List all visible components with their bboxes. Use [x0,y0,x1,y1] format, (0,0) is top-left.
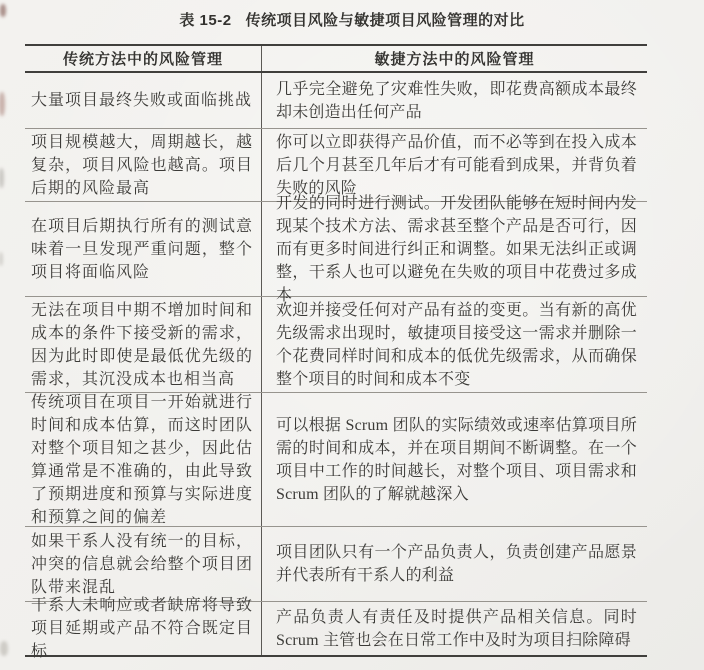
header-cell-traditional: 传统方法中的风险管理 [25,46,262,71]
scan-artifact [0,92,5,116]
table-caption-title: 传统项目风险与敏捷项目风险管理的对比 [246,12,525,29]
cell-agile: 开发的同时进行测试。开发团队能够在短时间内发现某个技术方法、需求甚至整个产品是否… [262,202,647,296]
table-row: 无法在项目中期不增加时间和成本的条件下接受新的需求，因为此时即使是最低优先级的需… [25,297,647,393]
cell-agile: 几乎完全避免了灾难性失败，即花费高额成本最终却未创造出任何产品 [262,73,647,128]
cell-agile: 你可以立即获得产品价值，而不必等到在投入成本后几个月甚至几年后才有可能看到成果，… [262,129,647,201]
scan-artifact [0,641,8,656]
table-row: 干系人未响应或者缺席将导致项目延期或产品不符合既定目标 产品负责人有责任及时提供… [25,602,647,655]
cell-traditional: 干系人未响应或者缺席将导致项目延期或产品不符合既定目标 [25,602,262,655]
scanned-book-page: 表 15-2传统项目风险与敏捷项目风险管理的对比 传统方法中的风险管理 敏捷方法… [0,0,704,670]
table-caption: 表 15-2传统项目风险与敏捷项目风险管理的对比 [0,9,704,30]
table-row: 传统项目在项目一开始就进行时间和成本估算，而这时团队对整个项目知之甚少，因此估算… [25,393,647,527]
cell-traditional: 无法在项目中期不增加时间和成本的条件下接受新的需求，因为此时即使是最低优先级的需… [25,297,262,392]
table-header-row: 传统方法中的风险管理 敏捷方法中的风险管理 [25,46,647,73]
cell-agile: 欢迎并接受任何对产品有益的变更。当有新的高优先级需求出现时，敏捷项目接受这一需求… [262,297,647,392]
table-body: 大量项目最终失败或面临挑战 几乎完全避免了灾难性失败，即花费高额成本最终却未创造… [25,73,647,655]
header-cell-agile: 敏捷方法中的风险管理 [262,46,647,71]
cell-traditional: 传统项目在项目一开始就进行时间和成本估算，而这时团队对整个项目知之甚少，因此估算… [25,393,262,526]
risk-comparison-table: 传统方法中的风险管理 敏捷方法中的风险管理 大量项目最终失败或面临挑战 几乎完全… [25,44,647,657]
cell-agile: 可以根据 Scrum 团队的实际绩效或速率估算项目所需的时间和成本，并在项目期间… [262,393,647,526]
cell-traditional: 项目规模越大，周期越长，越复杂，项目风险也越高。项目后期的风险最高 [25,129,262,201]
scan-artifact [0,252,3,266]
table-row: 大量项目最终失败或面临挑战 几乎完全避免了灾难性失败，即花费高额成本最终却未创造… [25,73,647,129]
scan-artifact [0,168,4,188]
cell-traditional: 大量项目最终失败或面临挑战 [25,73,262,128]
cell-agile: 产品负责人有责任及时提供产品相关信息。同时 Scrum 主管也会在日常工作中及时… [262,602,647,655]
table-row: 如果干系人没有统一的目标，冲突的信息就会给整个项目团队带来混乱 项目团队只有一个… [25,527,647,602]
table-row: 在项目后期执行所有的测试意味着一旦发现严重问题，整个项目将面临风险 开发的同时进… [25,202,647,297]
cell-agile: 项目团队只有一个产品负责人，负责创建产品愿景并代表所有干系人的利益 [262,527,647,601]
table-caption-label: 表 15-2 [179,12,231,29]
cell-traditional: 在项目后期执行所有的测试意味着一旦发现严重问题，整个项目将面临风险 [25,202,262,296]
cell-traditional: 如果干系人没有统一的目标，冲突的信息就会给整个项目团队带来混乱 [25,527,262,601]
